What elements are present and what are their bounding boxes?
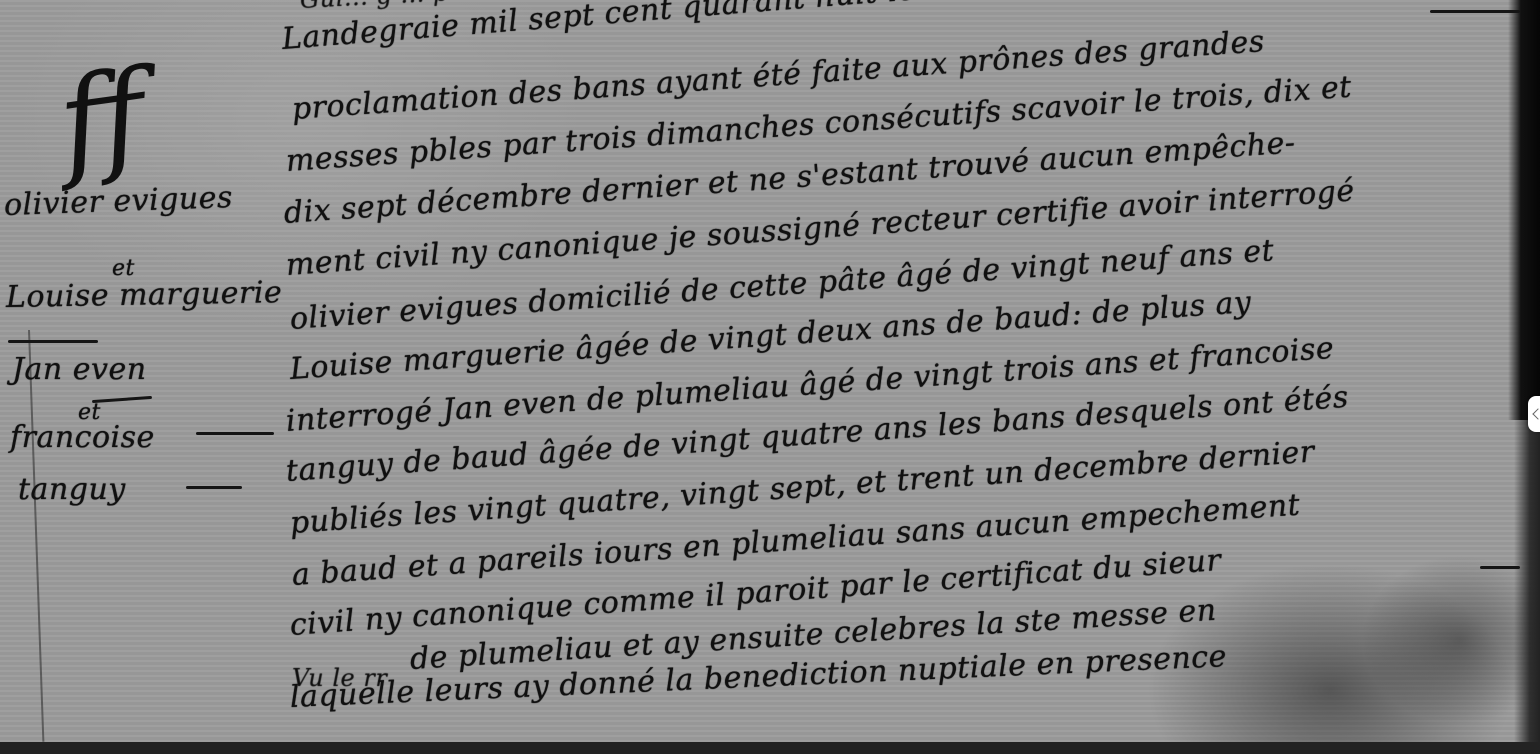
margin-separator xyxy=(8,340,98,343)
page-edge-shadow xyxy=(1514,420,1540,742)
margin-dash xyxy=(196,432,274,435)
chevron-left-icon xyxy=(1532,408,1540,419)
page-binding-shadow xyxy=(1508,0,1540,420)
line-end-dash xyxy=(1480,566,1520,569)
margin-dash xyxy=(186,486,242,489)
margin-entry-bride-2-surname: tanguy xyxy=(18,472,126,507)
viewer-bottom-bar xyxy=(0,742,1540,754)
line-end-dash xyxy=(1430,10,1520,13)
margin-flourish: ff xyxy=(52,55,153,186)
margin-et-stroke xyxy=(92,396,152,403)
margin-entry-groom: olivier evigues xyxy=(3,180,233,223)
margin-entry-groom-2: Jan even xyxy=(12,352,147,387)
side-panel-toggle[interactable] xyxy=(1528,396,1540,432)
margin-entry-bride-2: francoise xyxy=(10,420,155,455)
margin-entry-bride: Louise marguerie xyxy=(6,275,283,315)
document-image-viewer[interactable]: Gui... g ... p ff olivier evigues et Lou… xyxy=(0,0,1540,742)
margin-rule-line xyxy=(28,330,44,742)
